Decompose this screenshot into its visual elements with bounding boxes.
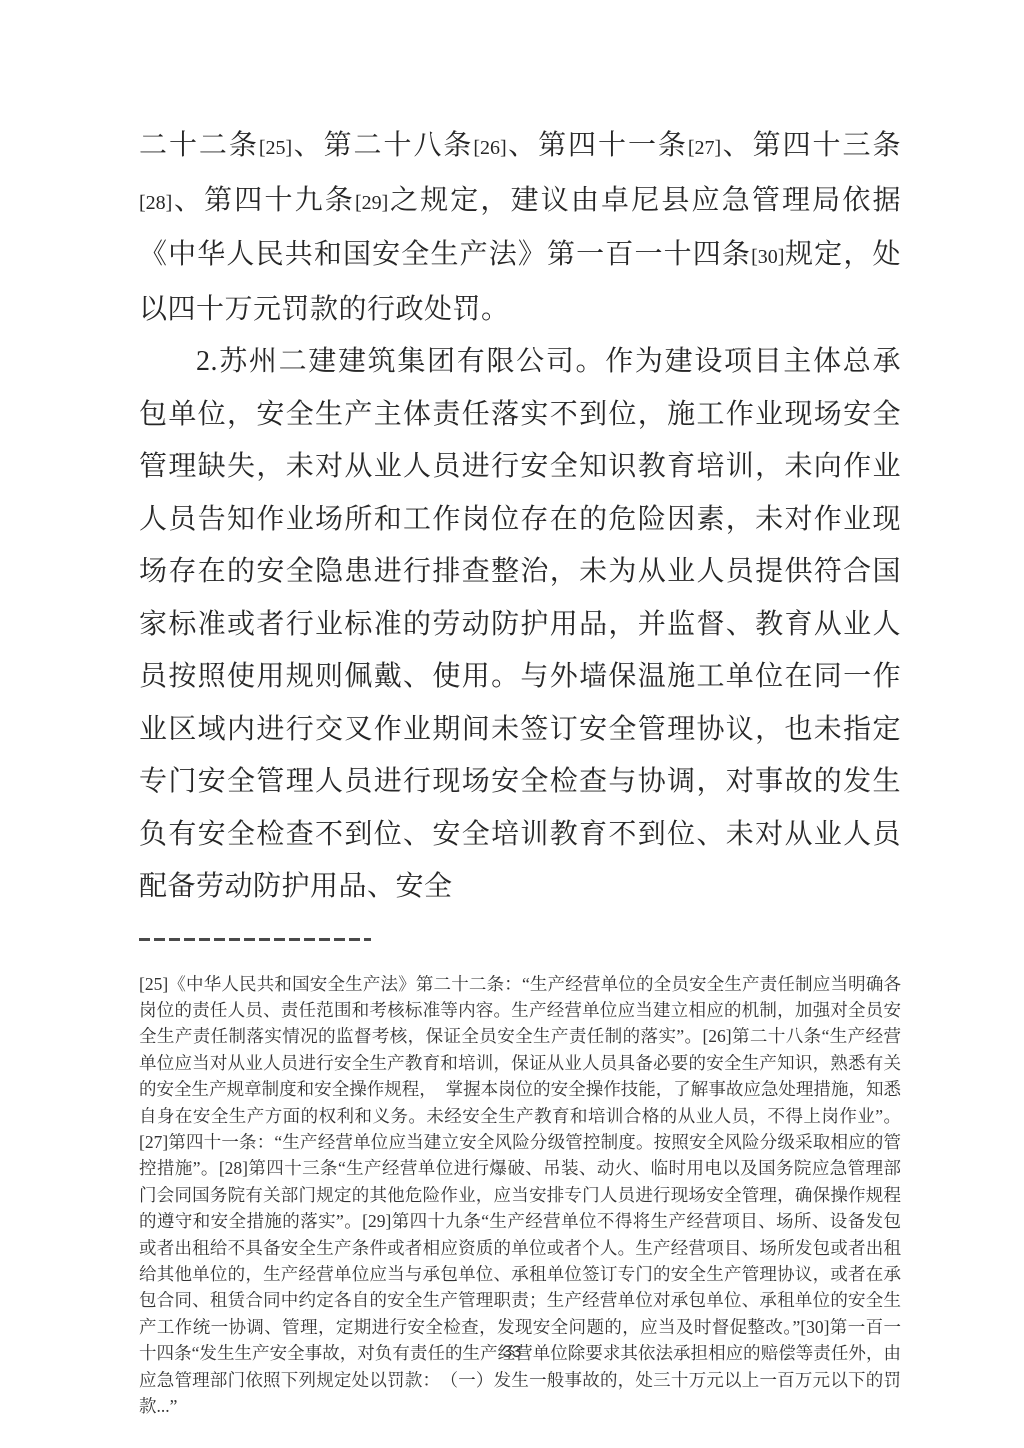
footnote-ref-28: [28]: [139, 192, 172, 214]
footnote-ref-25: [25]: [259, 137, 292, 159]
footnote-marker-26: [26]: [702, 1026, 731, 1046]
body-text: 2.苏州二建建筑集团有限公司。作为建设项目主体总承包单位，安全生产主体责任落实不…: [139, 346, 901, 902]
footnote-marker-30: [30]: [800, 1317, 829, 1337]
footnote-separator: [139, 938, 371, 941]
footnote-marker-28: [28]: [219, 1158, 248, 1178]
footnote-ref-29: [29]: [355, 192, 388, 214]
page-content: 二十二条[25]、第二十八条[26]、第四十一条[27]、第四十三条[28]、第…: [139, 120, 901, 1419]
body-text: 二十二条: [139, 130, 259, 161]
footnote-marker-29: [29]: [362, 1211, 391, 1231]
page-number: 33: [0, 1342, 1024, 1362]
document-page: 二十二条[25]、第二十八条[26]、第四十一条[27]、第四十三条[28]、第…: [0, 0, 1024, 1448]
body-text: 、第二十八条: [292, 130, 473, 161]
footnote-marker-25: [25]: [139, 974, 168, 994]
body-text: 、第四十一条: [507, 130, 688, 161]
body-paragraph-2: 2.苏州二建建筑集团有限公司。作为建设项目主体总承包单位，安全生产主体责任落实不…: [139, 336, 901, 914]
footnote-ref-27: [27]: [688, 137, 721, 159]
body-text: 、第四十三条: [721, 130, 901, 161]
body-text: 、第四十九条: [172, 185, 355, 216]
footnote-ref-26: [26]: [473, 137, 506, 159]
body-paragraph-1: 二十二条[25]、第二十八条[26]、第四十一条[27]、第四十三条[28]、第…: [139, 120, 901, 336]
footnote-marker-27: [27]: [139, 1132, 168, 1152]
footnote-ref-30: [30]: [751, 246, 784, 268]
